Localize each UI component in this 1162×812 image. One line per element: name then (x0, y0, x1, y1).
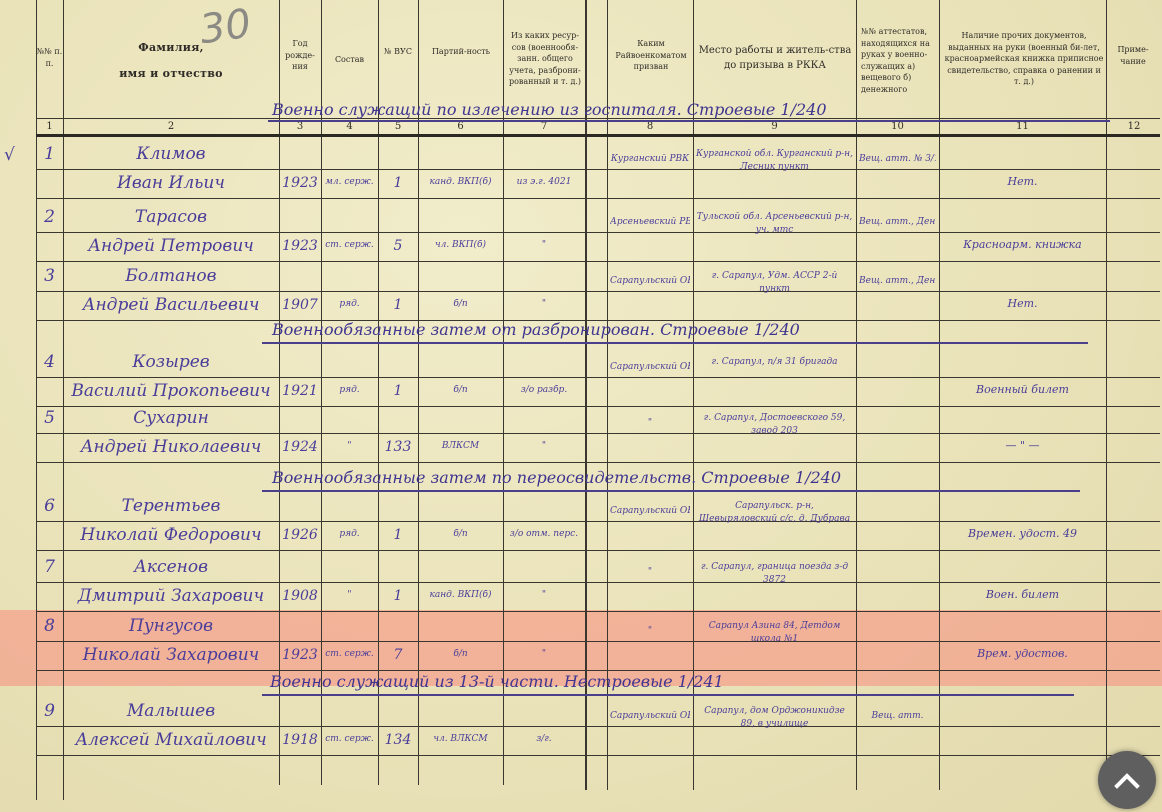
row-rule (36, 582, 1160, 583)
record-vus: 1 (381, 527, 415, 543)
record-rvk: " (610, 626, 690, 636)
record-composition: ряд. (324, 299, 375, 309)
record-party: ВЛКСМ (421, 441, 500, 451)
column-number: 4 (321, 121, 378, 132)
section-banner: Военнообязанные затем по переосвидетельс… (272, 468, 841, 487)
record-residence: г. Сарапул, Достоевского 59, завод 203 (696, 412, 853, 437)
record-vus: 1 (381, 383, 415, 399)
section-banner: Военнообязанные затем от разбронирован. … (272, 320, 800, 339)
row-rule (36, 755, 1160, 756)
row-rule (36, 611, 1160, 612)
row-rule (36, 550, 1160, 551)
record-surname: Терентьев (66, 496, 276, 516)
section-banner: Военно служащий по излечению из госпитал… (272, 100, 827, 119)
header-col-attestat: №№ аттестатов, находящихся на руках у во… (858, 26, 938, 96)
record-given-name: Николай Федорович (66, 525, 276, 545)
record-composition: " (324, 590, 375, 600)
record-rvk: Сарапульский ОРВК (610, 506, 690, 516)
column-number: 2 (63, 121, 279, 132)
column-number: 5 (378, 121, 418, 132)
record-vus: 1 (381, 297, 415, 313)
record-number: 4 (39, 352, 60, 372)
record-rvk: Сарапульский ОРВК (610, 711, 690, 721)
row-rule (36, 169, 1160, 170)
header-col-documents: Наличие прочих документов, выданных на р… (944, 30, 1104, 88)
record-attestat: Вещ. атт., Ден. (859, 276, 936, 286)
record-documents: Нет. (942, 297, 1103, 310)
row-rule (36, 641, 1160, 642)
header-col-name: имя и отчество (63, 66, 279, 82)
record-party: б/п (421, 385, 500, 395)
header-bottom-rule (36, 134, 1160, 137)
column-number: 9 (693, 121, 856, 132)
chevron-up-icon (1114, 771, 1140, 789)
record-vus: 7 (381, 647, 415, 663)
record-number: 8 (39, 616, 60, 636)
record-residence: г. Сарапул, п/я 31 бригада (696, 356, 853, 369)
record-residence: г. Сарапул, граница поезда з-д 3872 (696, 561, 853, 586)
record-resource: из э.г. 4021 (506, 177, 582, 187)
header-col-surname: Фамилия, (63, 40, 279, 56)
column-number: 8 (607, 121, 693, 132)
record-attestat: Вещ. атт. (859, 711, 936, 721)
header-col-vus: № ВУС (380, 46, 416, 58)
record-party: б/п (421, 299, 500, 309)
record-birth-year: 1908 (282, 588, 318, 604)
header-col-note: Приме-чание (1108, 44, 1158, 67)
record-given-name: Андрей Петрович (66, 236, 276, 256)
column-divider (63, 0, 64, 800)
record-documents: Врем. удостов. (942, 647, 1103, 660)
record-surname: Козырев (66, 352, 276, 372)
column-number: 10 (856, 121, 939, 132)
record-residence: Сарапульск. р-н, Шевыряловский с/с, д. Д… (696, 500, 853, 525)
record-birth-year: 1926 (282, 527, 318, 543)
record-resource: " (506, 441, 582, 451)
banner-underline (268, 120, 1110, 122)
record-documents: Военный билет (942, 383, 1103, 396)
header-col-number: №№ п. п. (36, 46, 63, 69)
header-col-resource: Из каких ресур-сов (военнообя-занн. обще… (505, 30, 585, 88)
header-col-composition: Состав (322, 54, 377, 66)
record-resource: " (506, 299, 582, 309)
row-rule (36, 198, 1160, 199)
record-number: 1 (39, 144, 60, 164)
record-residence: Тульской обл. Арсеньевский р-н, уч. мтс (696, 211, 853, 236)
record-documents: Воен. билет (942, 588, 1103, 601)
record-surname: Сухарин (66, 408, 276, 428)
record-rvk: Арсеньевский РВК (610, 217, 690, 227)
record-surname: Аксенов (66, 557, 276, 577)
row-rule (36, 670, 1160, 671)
column-number: 6 (418, 121, 503, 132)
archive-document: 30 №№ п. п. Фамилия, имя и отчество Год … (0, 0, 1162, 812)
banner-underline (262, 342, 1088, 344)
record-composition: мл. серж. (324, 177, 375, 187)
record-party: б/п (421, 649, 500, 659)
record-vus: 1 (381, 588, 415, 604)
record-documents: Красноарм. книжка (942, 238, 1103, 251)
record-attestat: Вещ. атт. № 3/16/12, Денеж. (859, 154, 936, 164)
record-attestat: Вещ. атт., Ден. атт. (859, 217, 936, 227)
record-rvk: " (610, 418, 690, 428)
record-composition: ст. серж. (324, 240, 375, 250)
record-composition: ряд. (324, 385, 375, 395)
banner-underline (262, 490, 1080, 492)
record-birth-year: 1918 (282, 732, 318, 748)
record-resource: " (506, 590, 582, 600)
record-rvk: Сарапульский ОРВК (610, 362, 690, 372)
record-composition: ряд. (324, 529, 375, 539)
record-number: 3 (39, 266, 60, 286)
record-party: канд. ВКП(б) (421, 177, 500, 187)
record-given-name: Дмитрий Захарович (66, 586, 276, 606)
record-surname: Болтанов (66, 266, 276, 286)
record-rvk: Курганский РВК (610, 154, 690, 164)
header-col-party: Партий-ность (420, 46, 502, 58)
header-col-residence: Место работы и житель-ства до призыва в … (695, 44, 855, 73)
record-birth-year: 1923 (282, 238, 318, 254)
row-rule (36, 406, 1160, 407)
record-surname: Тарасов (66, 207, 276, 227)
record-vus: 134 (381, 732, 415, 748)
record-residence: Курганской обл. Курганский р-н, Лесник п… (696, 148, 853, 173)
column-number: 3 (279, 121, 321, 132)
record-number: 5 (39, 408, 60, 428)
record-composition: ст. серж. (324, 649, 375, 659)
header-col-birth-year: Год рожде-ния (281, 38, 319, 73)
row-rule (36, 377, 1160, 378)
row-rule (36, 433, 1160, 434)
row-rule (36, 232, 1160, 233)
row-rule (36, 462, 1160, 463)
record-composition: ст. серж. (324, 734, 375, 744)
record-birth-year: 1923 (282, 175, 318, 191)
header-col-rvk: Каким Райвоенкоматом призван (609, 38, 693, 73)
record-rvk: " (610, 567, 690, 577)
record-number: 7 (39, 557, 60, 577)
column-number: 7 (503, 121, 585, 132)
record-resource: " (506, 240, 582, 250)
row-rule (36, 291, 1160, 292)
check-mark: √ (4, 145, 15, 165)
record-vus: 5 (381, 238, 415, 254)
record-resource: з/о разбр. (506, 385, 582, 395)
record-birth-year: 1924 (282, 439, 318, 455)
record-residence: Сарапул Азина 84, Детдом школа №1 (696, 620, 853, 645)
record-number: 6 (39, 496, 60, 516)
record-vus: 133 (381, 439, 415, 455)
row-rule (36, 521, 1160, 522)
record-birth-year: 1923 (282, 647, 318, 663)
record-party: канд. ВКП(б) (421, 590, 500, 600)
record-party: чл. ВЛКСМ (421, 734, 500, 744)
record-given-name: Василий Прокопьевич (66, 381, 276, 401)
record-given-name: Андрей Васильевич (66, 295, 276, 315)
record-birth-year: 1921 (282, 383, 318, 399)
record-residence: г. Сарапул, Удм. АССР 2-й пункт (696, 270, 853, 295)
column-number: 1 (36, 121, 63, 132)
record-given-name: Андрей Николаевич (66, 437, 276, 457)
record-documents: Времен. удост. 49 (942, 527, 1103, 540)
record-birth-year: 1907 (282, 297, 318, 313)
banner-underline (262, 694, 1074, 696)
record-documents: Нет. (942, 175, 1103, 188)
record-vus: 1 (381, 175, 415, 191)
row-rule (36, 726, 1160, 727)
record-resource: з/о отм. перс. (506, 529, 582, 539)
record-number: 9 (39, 701, 60, 721)
record-documents: — " — (942, 439, 1103, 452)
column-number: 12 (1106, 121, 1162, 132)
record-given-name: Алексей Михайлович (66, 730, 276, 750)
record-party: б/п (421, 529, 500, 539)
row-rule (36, 261, 1160, 262)
record-given-name: Николай Захарович (66, 645, 276, 665)
record-surname: Малышев (66, 701, 276, 721)
record-given-name: Иван Ильич (66, 173, 276, 193)
record-resource: " (506, 649, 582, 659)
section-banner: Военно служащий из 13-й части. Нестроевы… (270, 672, 724, 691)
record-composition: " (324, 441, 375, 451)
record-residence: Сарапул, дом Орджоникидзе 89, в училище (696, 705, 853, 730)
scroll-to-top-button[interactable] (1098, 751, 1156, 809)
column-number: 11 (939, 121, 1106, 132)
column-divider (36, 0, 37, 800)
record-surname: Климов (66, 144, 276, 164)
record-resource: з/г. (506, 734, 582, 744)
record-surname: Пунгусов (66, 616, 276, 636)
record-party: чл. ВКП(б) (421, 240, 500, 250)
record-number: 2 (39, 207, 60, 227)
record-rvk: Сарапульский ОРВК (610, 276, 690, 286)
